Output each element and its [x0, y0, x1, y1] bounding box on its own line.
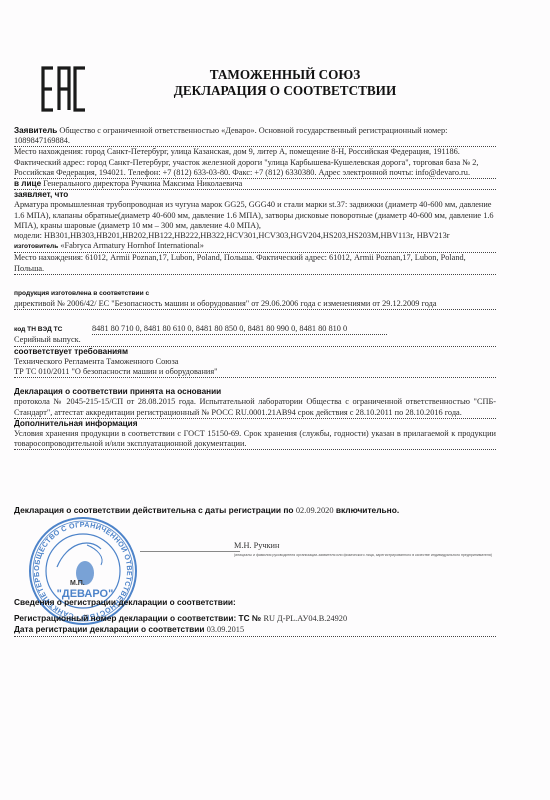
basis-label: Декларация о соответствии принята на осн…	[14, 387, 496, 397]
compliance-line-2: ТР ТС 010/2011 "О безопасности машин и о…	[14, 367, 496, 378]
applicant-section: Заявитель Общество с ограниченной ответс…	[14, 126, 496, 147]
declares-label: заявляет, что	[14, 190, 496, 200]
stamp-place-mark: М.П.	[70, 580, 85, 587]
produced-directive: директивой № 2006/42/ ЕС "Безопасность м…	[14, 299, 496, 310]
additional-label: Дополнительная информация	[14, 419, 496, 429]
basis-text: протокола № 2045-215-15/СП от 28.08.2015…	[14, 397, 496, 418]
document-header: ТАМОЖЕННЫЙ СОЮЗ ДЕКЛАРАЦИЯ О СООТВЕТСТВИ…	[130, 67, 440, 99]
release-type: Серийный выпуск.	[14, 335, 496, 346]
registration-date: 03.09.2015	[207, 625, 244, 634]
manufacturer-name: «Fabryca Armatury Hornhof International»	[60, 241, 204, 250]
header-union-title: ТАМОЖЕННЫЙ СОЮЗ	[130, 67, 440, 83]
registration-date-row: Дата регистрации декларации о соответств…	[14, 624, 496, 637]
applicant-label: Заявитель	[14, 126, 57, 135]
product-description: Арматура промышленная трубопроводная из …	[14, 200, 496, 231]
additional-text: Условия хранения продукции в соответстви…	[14, 429, 496, 450]
manufacturer-section: изготовитель «Fabryca Armatury Hornhof I…	[14, 241, 496, 253]
signer-name: М.Н. Ручкин	[234, 541, 279, 550]
tnved-section: код ТН ВЭД ТС 8481 80 710 0, 8481 80 610…	[14, 324, 496, 335]
registration-date-label: Дата регистрации декларации о соответств…	[14, 624, 204, 634]
validity-date: 02.09.2020	[296, 506, 334, 515]
represented-label: в лице	[14, 179, 41, 188]
declaration-body: Заявитель Общество с ограниченной ответс…	[14, 126, 496, 450]
header-declaration-title: ДЕКЛАРАЦИЯ О СООТВЕТСТВИИ	[130, 83, 440, 99]
declaration-page: ТАМОЖЕННЫЙ СОЮЗ ДЕКЛАРАЦИЯ О СООТВЕТСТВИ…	[0, 0, 550, 800]
produced-label: продукция изготовлена в соответствии с	[14, 289, 496, 299]
registration-number-row: Регистрационный номер декларации о соотв…	[14, 613, 496, 625]
compliance-line-1: Технического Регламента Таможенного Союз…	[14, 357, 496, 367]
product-models: модели: HB301,HB303,HB201,HB202,HB122,HB…	[14, 231, 496, 241]
compliance-label: соответствует требованиям	[14, 347, 496, 357]
represented-by: Генерального директора Ручкина Максима Н…	[43, 179, 242, 188]
registration-number: RU Д-PL.АУ04.В.24920	[263, 614, 347, 623]
registration-heading: Сведения о регистрации декларации о соот…	[14, 597, 496, 608]
eac-mark-icon	[40, 64, 90, 114]
tnved-codes: 8481 80 710 0, 8481 80 610 0, 8481 80 85…	[92, 324, 387, 335]
tnved-label: код ТН ВЭД ТС	[14, 324, 92, 335]
represented-section: в лице Генерального директора Ручкина Ма…	[14, 179, 496, 190]
manufacturer-address: Место нахождения: 61012, Armii Poznan,17…	[14, 253, 496, 274]
registration-section: Сведения о регистрации декларации о соот…	[14, 597, 496, 637]
validity-suffix: включительно.	[336, 505, 399, 515]
applicant-address: Место нахождения: город Санкт-Петербург,…	[14, 147, 496, 179]
validity-prefix: Декларация о соответствии действительна …	[14, 505, 294, 515]
applicant-text: Общество с ограниченной ответственностью…	[14, 126, 447, 145]
manufacturer-label: изготовитель	[14, 243, 58, 250]
signature-line	[140, 551, 240, 552]
signature-caption: (инициалы и фамилия руководителя организ…	[234, 553, 494, 558]
validity-statement: Декларация о соответствии действительна …	[14, 505, 399, 515]
registration-number-label: Регистрационный номер декларации о соотв…	[14, 613, 261, 623]
